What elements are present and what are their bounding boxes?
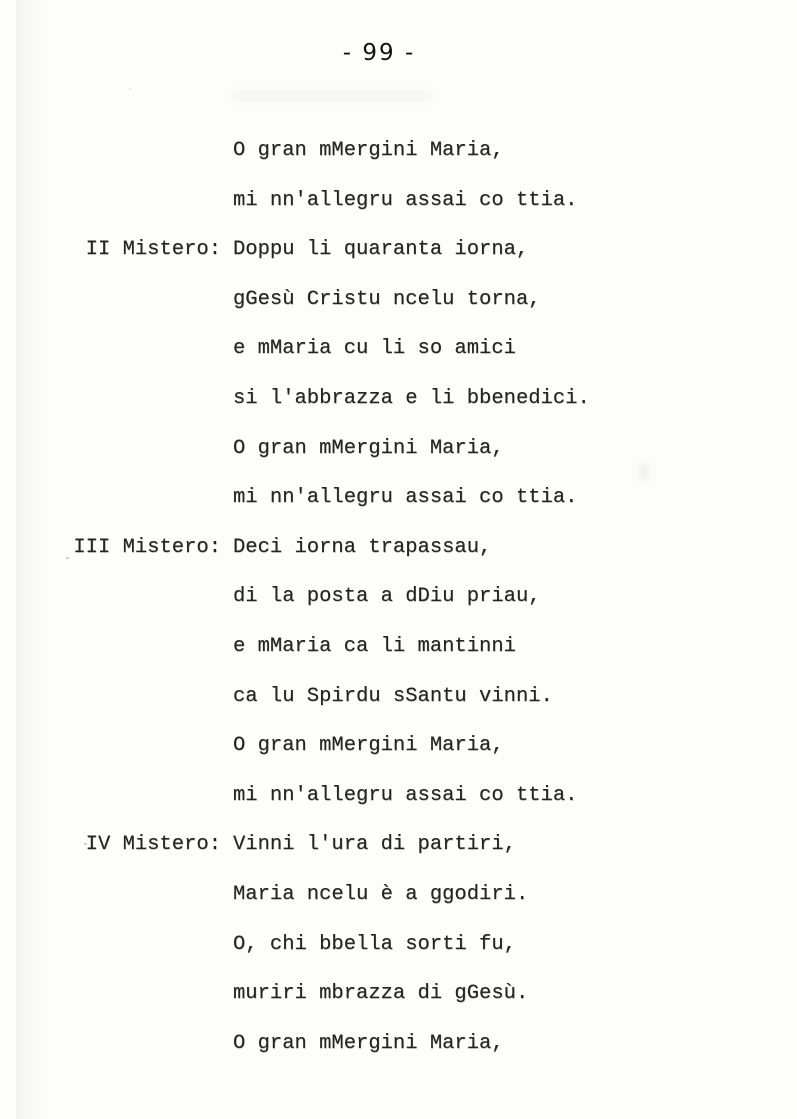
mistero-label bbox=[61, 424, 221, 474]
mistero-label bbox=[61, 126, 221, 176]
verse-text: ca lu Spirdu sSantu vinni. bbox=[233, 672, 553, 722]
poem-line: O gran mMergini Maria, bbox=[61, 721, 590, 771]
mistero-label bbox=[61, 324, 221, 374]
poem-line: mi nn'allegru assai co ttia. bbox=[61, 473, 590, 523]
page-number: - 99 - bbox=[338, 40, 420, 66]
scan-edge-artifact bbox=[16, 0, 46, 1119]
poem-line: mi nn'allegru assai co ttia. bbox=[61, 771, 590, 821]
mistero-label: IV Mistero: bbox=[61, 820, 221, 870]
poem-line: Maria ncelu è a ggodiri. bbox=[61, 870, 590, 920]
mistero-label bbox=[61, 374, 221, 424]
verse-text: Deci iorna trapassau, bbox=[233, 523, 491, 573]
verse-text: muriri mbrazza di gGesù. bbox=[233, 969, 528, 1019]
verse-text: mi nn'allegru assai co ttia. bbox=[233, 473, 577, 523]
verse-text: mi nn'allegru assai co ttia. bbox=[233, 176, 577, 226]
mistero-label bbox=[61, 969, 221, 1019]
poem-line: O gran mMergini Maria, bbox=[61, 424, 590, 474]
poem-line: mi nn'allegru assai co ttia. bbox=[61, 176, 590, 226]
mistero-label: III Mistero: bbox=[61, 523, 221, 573]
verse-text: gGesù Cristu ncelu torna, bbox=[233, 275, 541, 325]
poem-line: e mMaria cu li so amici bbox=[61, 324, 590, 374]
verse-text: si l'abbrazza e li bbenedici. bbox=[233, 374, 590, 424]
mistero-label bbox=[61, 920, 221, 970]
mistero-label bbox=[61, 672, 221, 722]
verse-text: di la posta a dDiu priau, bbox=[233, 572, 541, 622]
poem-line: si l'abbrazza e li bbenedici. bbox=[61, 374, 590, 424]
poem-body: O gran mMergini Maria, mi nn'allegru ass… bbox=[61, 126, 590, 1068]
mistero-label: II Mistero: bbox=[61, 225, 221, 275]
verse-text: mi nn'allegru assai co ttia. bbox=[233, 771, 577, 821]
mistero-label bbox=[61, 870, 221, 920]
poem-line: IV Mistero: Vinni l'ura di partiri, bbox=[61, 820, 590, 870]
mistero-label bbox=[61, 1019, 221, 1069]
poem-line: O gran mMergini Maria, bbox=[61, 126, 590, 176]
verse-text: e mMaria ca li mantinni bbox=[233, 622, 516, 672]
mistero-label bbox=[61, 572, 221, 622]
poem-line: e mMaria ca li mantinni bbox=[61, 622, 590, 672]
poem-line: III Mistero: Deci iorna trapassau, bbox=[61, 523, 590, 573]
verse-text: Vinni l'ura di partiri, bbox=[233, 820, 516, 870]
verse-text: e mMaria cu li so amici bbox=[233, 324, 516, 374]
verse-text: O, chi bbella sorti fu, bbox=[233, 920, 516, 970]
scanned-document-page: - 99 - O gran mMergini Maria, mi nn'alle… bbox=[0, 0, 797, 1119]
verse-text: O gran mMergini Maria, bbox=[233, 126, 504, 176]
scan-speck bbox=[129, 88, 131, 90]
poem-line: O gran mMergini Maria, bbox=[61, 1019, 590, 1069]
mistero-label bbox=[61, 275, 221, 325]
verse-text: Doppu li quaranta iorna, bbox=[233, 225, 528, 275]
verse-text: Maria ncelu è a ggodiri. bbox=[233, 870, 528, 920]
mistero-label bbox=[61, 473, 221, 523]
verse-text: O gran mMergini Maria, bbox=[233, 721, 504, 771]
scan-smudge bbox=[232, 90, 432, 102]
poem-line: II Mistero: Doppu li quaranta iorna, bbox=[61, 225, 590, 275]
poem-line: gGesù Cristu ncelu torna, bbox=[61, 275, 590, 325]
scan-smudge bbox=[640, 464, 648, 480]
poem-line: ca lu Spirdu sSantu vinni. bbox=[61, 672, 590, 722]
mistero-label bbox=[61, 622, 221, 672]
mistero-label bbox=[61, 176, 221, 226]
mistero-label bbox=[61, 721, 221, 771]
poem-line: O, chi bbella sorti fu, bbox=[61, 920, 590, 970]
poem-line: di la posta a dDiu priau, bbox=[61, 572, 590, 622]
poem-line: muriri mbrazza di gGesù. bbox=[61, 969, 590, 1019]
verse-text: O gran mMergini Maria, bbox=[233, 1019, 504, 1069]
mistero-label bbox=[61, 771, 221, 821]
verse-text: O gran mMergini Maria, bbox=[233, 424, 504, 474]
